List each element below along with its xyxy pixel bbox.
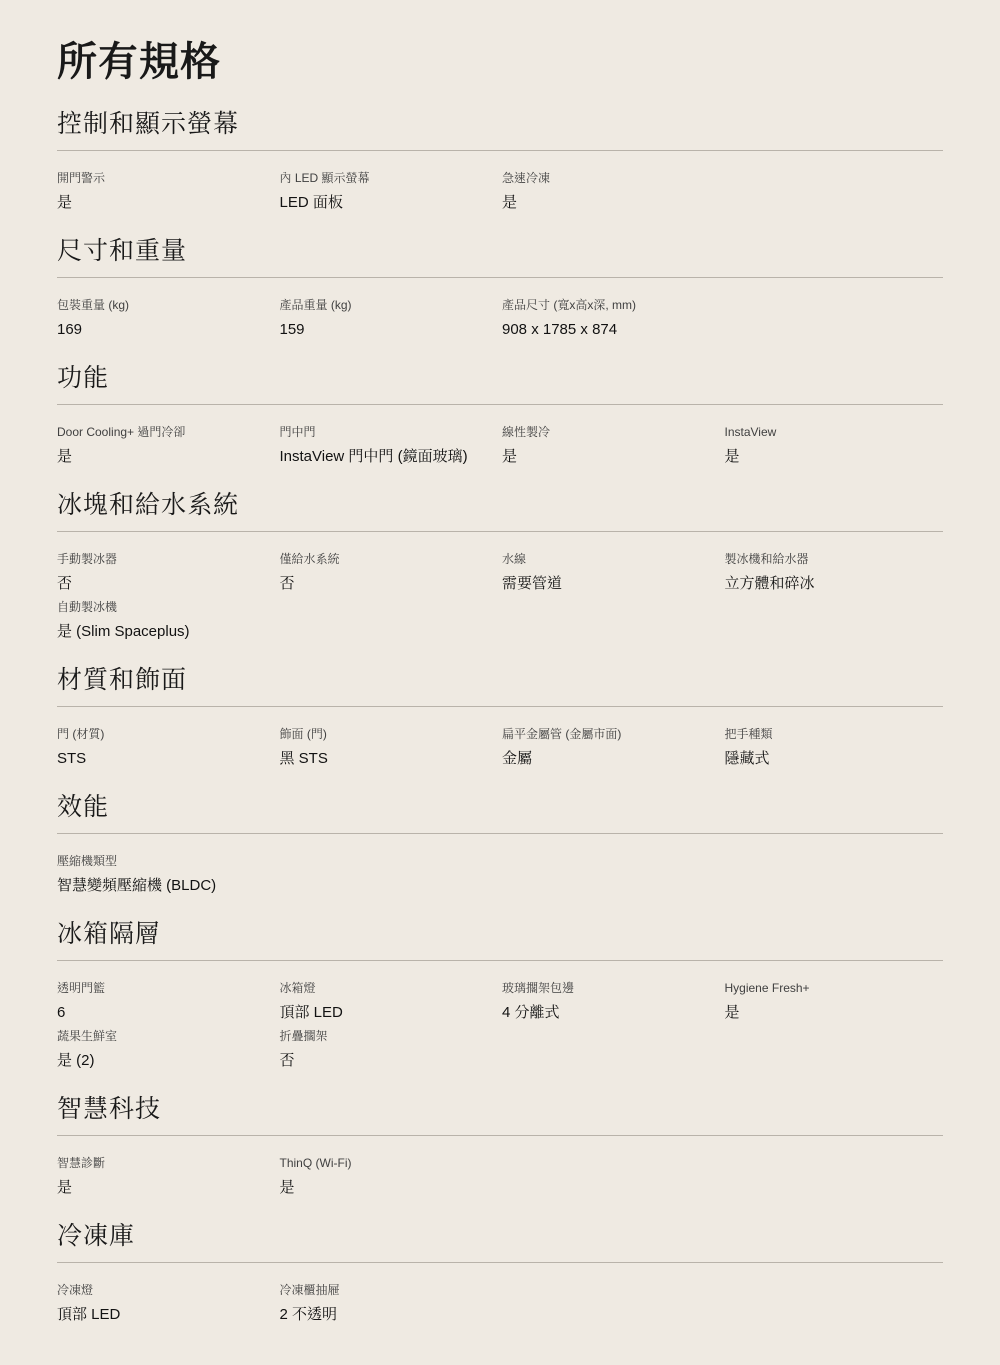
spec-item: 開門警示 是	[57, 171, 276, 213]
spec-label: 僅給水系統	[280, 552, 499, 567]
spec-label: 開門警示	[57, 171, 276, 186]
spec-value: 是	[280, 1178, 499, 1198]
spec-label: 線性製冷	[502, 425, 721, 440]
spec-section: 功能 Door Cooling+ 過門冷卻 是 門中門 InstaView 門中…	[57, 362, 943, 467]
spec-item: 包裝重量 (kg) 169	[57, 298, 276, 340]
spec-section: 材質和飾面 門 (材質) STS 飾面 (門) 黑 STS 扁平金屬管 (金屬市…	[57, 664, 943, 769]
spec-value: 是	[57, 1178, 276, 1198]
spec-label: 冰箱燈	[280, 981, 499, 996]
spec-section: 控制和顯示螢幕 開門警示 是 內 LED 顯示螢幕 LED 面板 急速冷凍 是	[57, 108, 943, 213]
spec-value: 4 分離式	[502, 1003, 721, 1023]
spec-item: 冰箱燈 頂部 LED	[280, 981, 499, 1023]
spec-grid: 包裝重量 (kg) 169 產品重量 (kg) 159 產品尺寸 (寬x高x深,…	[57, 278, 943, 340]
spec-item: 手動製冰器 否	[57, 552, 276, 594]
spec-value: 是 (Slim Spaceplus)	[57, 622, 276, 642]
spec-label: 產品尺寸 (寬x高x深, mm)	[502, 298, 721, 313]
spec-label: 折疊擱架	[280, 1029, 499, 1044]
spec-value: InstaView 門中門 (鏡面玻璃)	[280, 447, 499, 467]
section-title: 智慧科技	[57, 1093, 943, 1125]
spec-value: 頂部 LED	[57, 1305, 276, 1325]
spec-item: 急速冷凍 是	[502, 171, 721, 213]
spec-value: 908 x 1785 x 874	[502, 320, 721, 340]
spec-value: 是	[725, 1003, 944, 1023]
spec-label: 門 (材質)	[57, 727, 276, 742]
section-title: 效能	[57, 791, 943, 823]
spec-section: 冰箱隔層 透明門籃 6 冰箱燈 頂部 LED 玻璃擱架包邊 4 分離式 Hygi…	[57, 918, 943, 1071]
spec-label: 把手種類	[725, 727, 944, 742]
spec-item: 扁平金屬管 (金屬市面) 金屬	[502, 727, 721, 769]
spec-item: 製冰機和給水器 立方體和碎冰	[725, 552, 944, 594]
section-title: 冰塊和給水系統	[57, 489, 943, 521]
spec-grid: 冷凍燈 頂部 LED 冷凍櫃抽屜 2 不透明	[57, 1263, 943, 1325]
spec-value: 智慧變頻壓縮機 (BLDC)	[57, 876, 276, 896]
spec-label: 冷凍櫃抽屜	[280, 1283, 499, 1298]
spec-section: 冷凍庫 冷凍燈 頂部 LED 冷凍櫃抽屜 2 不透明	[57, 1220, 943, 1325]
spec-label: Hygiene Fresh+	[725, 981, 944, 996]
spec-value: 否	[280, 574, 499, 594]
spec-grid: 智慧診斷 是 ThinQ (Wi-Fi) 是	[57, 1136, 943, 1198]
section-title: 冰箱隔層	[57, 918, 943, 950]
spec-value: 否	[57, 574, 276, 594]
spec-item: 玻璃擱架包邊 4 分離式	[502, 981, 721, 1023]
spec-item: 門中門 InstaView 門中門 (鏡面玻璃)	[280, 425, 499, 467]
spec-section: 效能 壓縮機類型 智慧變頻壓縮機 (BLDC)	[57, 791, 943, 896]
spec-item: 蔬果生鮮室 是 (2)	[57, 1029, 276, 1071]
spec-item: 內 LED 顯示螢幕 LED 面板	[280, 171, 499, 213]
section-title: 控制和顯示螢幕	[57, 108, 943, 140]
spec-label: 手動製冰器	[57, 552, 276, 567]
spec-item: 產品重量 (kg) 159	[280, 298, 499, 340]
section-title: 材質和飾面	[57, 664, 943, 696]
spec-label: 蔬果生鮮室	[57, 1029, 276, 1044]
spec-item: 產品尺寸 (寬x高x深, mm) 908 x 1785 x 874	[502, 298, 721, 340]
spec-grid: 透明門籃 6 冰箱燈 頂部 LED 玻璃擱架包邊 4 分離式 Hygiene F…	[57, 961, 943, 1071]
spec-value: 隱藏式	[725, 749, 944, 769]
page-title: 所有規格	[57, 38, 943, 86]
spec-label: Door Cooling+ 過門冷卻	[57, 425, 276, 440]
section-title: 冷凍庫	[57, 1220, 943, 1252]
spec-item: 折疊擱架 否	[280, 1029, 499, 1071]
spec-grid: Door Cooling+ 過門冷卻 是 門中門 InstaView 門中門 (…	[57, 405, 943, 467]
spec-label: 扁平金屬管 (金屬市面)	[502, 727, 721, 742]
spec-item: ThinQ (Wi-Fi) 是	[280, 1156, 499, 1198]
spec-sections: 控制和顯示螢幕 開門警示 是 內 LED 顯示螢幕 LED 面板 急速冷凍 是 …	[57, 108, 943, 1325]
spec-value: 黑 STS	[280, 749, 499, 769]
spec-item: 水線 需要管道	[502, 552, 721, 594]
spec-item: 把手種類 隱藏式	[725, 727, 944, 769]
spec-item: 自動製冰機 是 (Slim Spaceplus)	[57, 600, 276, 642]
spec-value: 6	[57, 1003, 276, 1023]
spec-label: 玻璃擱架包邊	[502, 981, 721, 996]
spec-item: Hygiene Fresh+ 是	[725, 981, 944, 1023]
spec-label: 飾面 (門)	[280, 727, 499, 742]
spec-item: 冷凍燈 頂部 LED	[57, 1283, 276, 1325]
spec-value: 需要管道	[502, 574, 721, 594]
spec-value: 是 (2)	[57, 1051, 276, 1071]
spec-section: 尺寸和重量 包裝重量 (kg) 169 產品重量 (kg) 159 產品尺寸 (…	[57, 235, 943, 340]
spec-label: 自動製冰機	[57, 600, 276, 615]
spec-label: ThinQ (Wi-Fi)	[280, 1156, 499, 1171]
spec-value: 是	[57, 193, 276, 213]
spec-item: 智慧診斷 是	[57, 1156, 276, 1198]
spec-item: 壓縮機類型 智慧變頻壓縮機 (BLDC)	[57, 854, 276, 896]
spec-item: 透明門籃 6	[57, 981, 276, 1023]
spec-label: 門中門	[280, 425, 499, 440]
spec-value: 頂部 LED	[280, 1003, 499, 1023]
spec-grid: 門 (材質) STS 飾面 (門) 黑 STS 扁平金屬管 (金屬市面) 金屬 …	[57, 707, 943, 769]
spec-value: 立方體和碎冰	[725, 574, 944, 594]
spec-item: 飾面 (門) 黑 STS	[280, 727, 499, 769]
spec-grid: 手動製冰器 否 僅給水系統 否 水線 需要管道 製冰機和給水器 立方體和碎冰 自…	[57, 532, 943, 642]
spec-value: LED 面板	[280, 193, 499, 213]
spec-value: STS	[57, 749, 276, 769]
spec-value: 2 不透明	[280, 1305, 499, 1325]
spec-value: 169	[57, 320, 276, 340]
section-title: 功能	[57, 362, 943, 394]
spec-value: 是	[502, 193, 721, 213]
spec-item: Door Cooling+ 過門冷卻 是	[57, 425, 276, 467]
spec-value: 金屬	[502, 749, 721, 769]
spec-label: 產品重量 (kg)	[280, 298, 499, 313]
specs-page: 所有規格 控制和顯示螢幕 開門警示 是 內 LED 顯示螢幕 LED 面板 急速…	[57, 38, 943, 1325]
spec-label: 冷凍燈	[57, 1283, 276, 1298]
spec-label: 智慧診斷	[57, 1156, 276, 1171]
spec-value: 是	[502, 447, 721, 467]
section-title: 尺寸和重量	[57, 235, 943, 267]
spec-value: 159	[280, 320, 499, 340]
spec-grid: 壓縮機類型 智慧變頻壓縮機 (BLDC)	[57, 834, 943, 896]
spec-value: 是	[725, 447, 944, 467]
spec-item: InstaView 是	[725, 425, 944, 467]
spec-label: 急速冷凍	[502, 171, 721, 186]
spec-item: 線性製冷 是	[502, 425, 721, 467]
spec-grid: 開門警示 是 內 LED 顯示螢幕 LED 面板 急速冷凍 是	[57, 151, 943, 213]
spec-value: 否	[280, 1051, 499, 1071]
spec-label: 水線	[502, 552, 721, 567]
spec-label: 透明門籃	[57, 981, 276, 996]
spec-value: 是	[57, 447, 276, 467]
spec-item: 僅給水系統 否	[280, 552, 499, 594]
spec-section: 智慧科技 智慧診斷 是 ThinQ (Wi-Fi) 是	[57, 1093, 943, 1198]
spec-section: 冰塊和給水系統 手動製冰器 否 僅給水系統 否 水線 需要管道 製冰機和給水器 …	[57, 489, 943, 642]
spec-label: 包裝重量 (kg)	[57, 298, 276, 313]
spec-label: 內 LED 顯示螢幕	[280, 171, 499, 186]
spec-item: 門 (材質) STS	[57, 727, 276, 769]
spec-label: 壓縮機類型	[57, 854, 276, 869]
spec-label: InstaView	[725, 425, 944, 440]
spec-item: 冷凍櫃抽屜 2 不透明	[280, 1283, 499, 1325]
spec-label: 製冰機和給水器	[725, 552, 944, 567]
